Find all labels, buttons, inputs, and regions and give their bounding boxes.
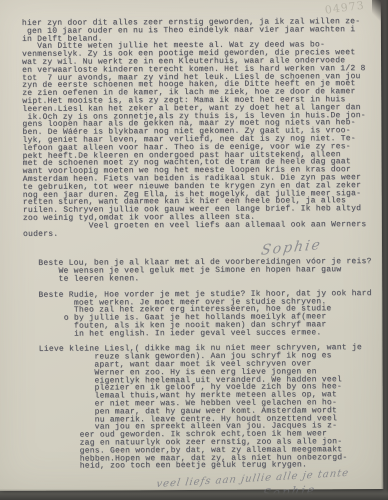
closing-line: Veel groeten en veel liefs aan allemaal …	[23, 221, 376, 238]
paragraph-lou: Beste Lou, ben je al klaar met al de voo…	[23, 258, 376, 283]
paragraph-ditte: Van Ditte weten jullie het meeste al. Wa…	[22, 41, 376, 222]
paragraph-rudie: Beste Rudie, Hoe vorder je met je studie…	[23, 290, 376, 339]
archive-number-pencil: 04973	[324, 0, 365, 17]
letter-page: 04973 hier zyn door dit alles zeer ernst…	[0, 0, 383, 491]
scanner-edge-bottom	[0, 489, 388, 500]
paragraph-intro: hier zyn door dit alles zeer ernstig gew…	[22, 18, 375, 43]
letter-scan: 04973 hier zyn door dit alles zeer ernst…	[0, 0, 388, 500]
paragraph-liesl: Lieve kleine Liesl,( dikke mag ik nu nie…	[24, 345, 378, 472]
scanner-edge-right	[381, 0, 388, 500]
